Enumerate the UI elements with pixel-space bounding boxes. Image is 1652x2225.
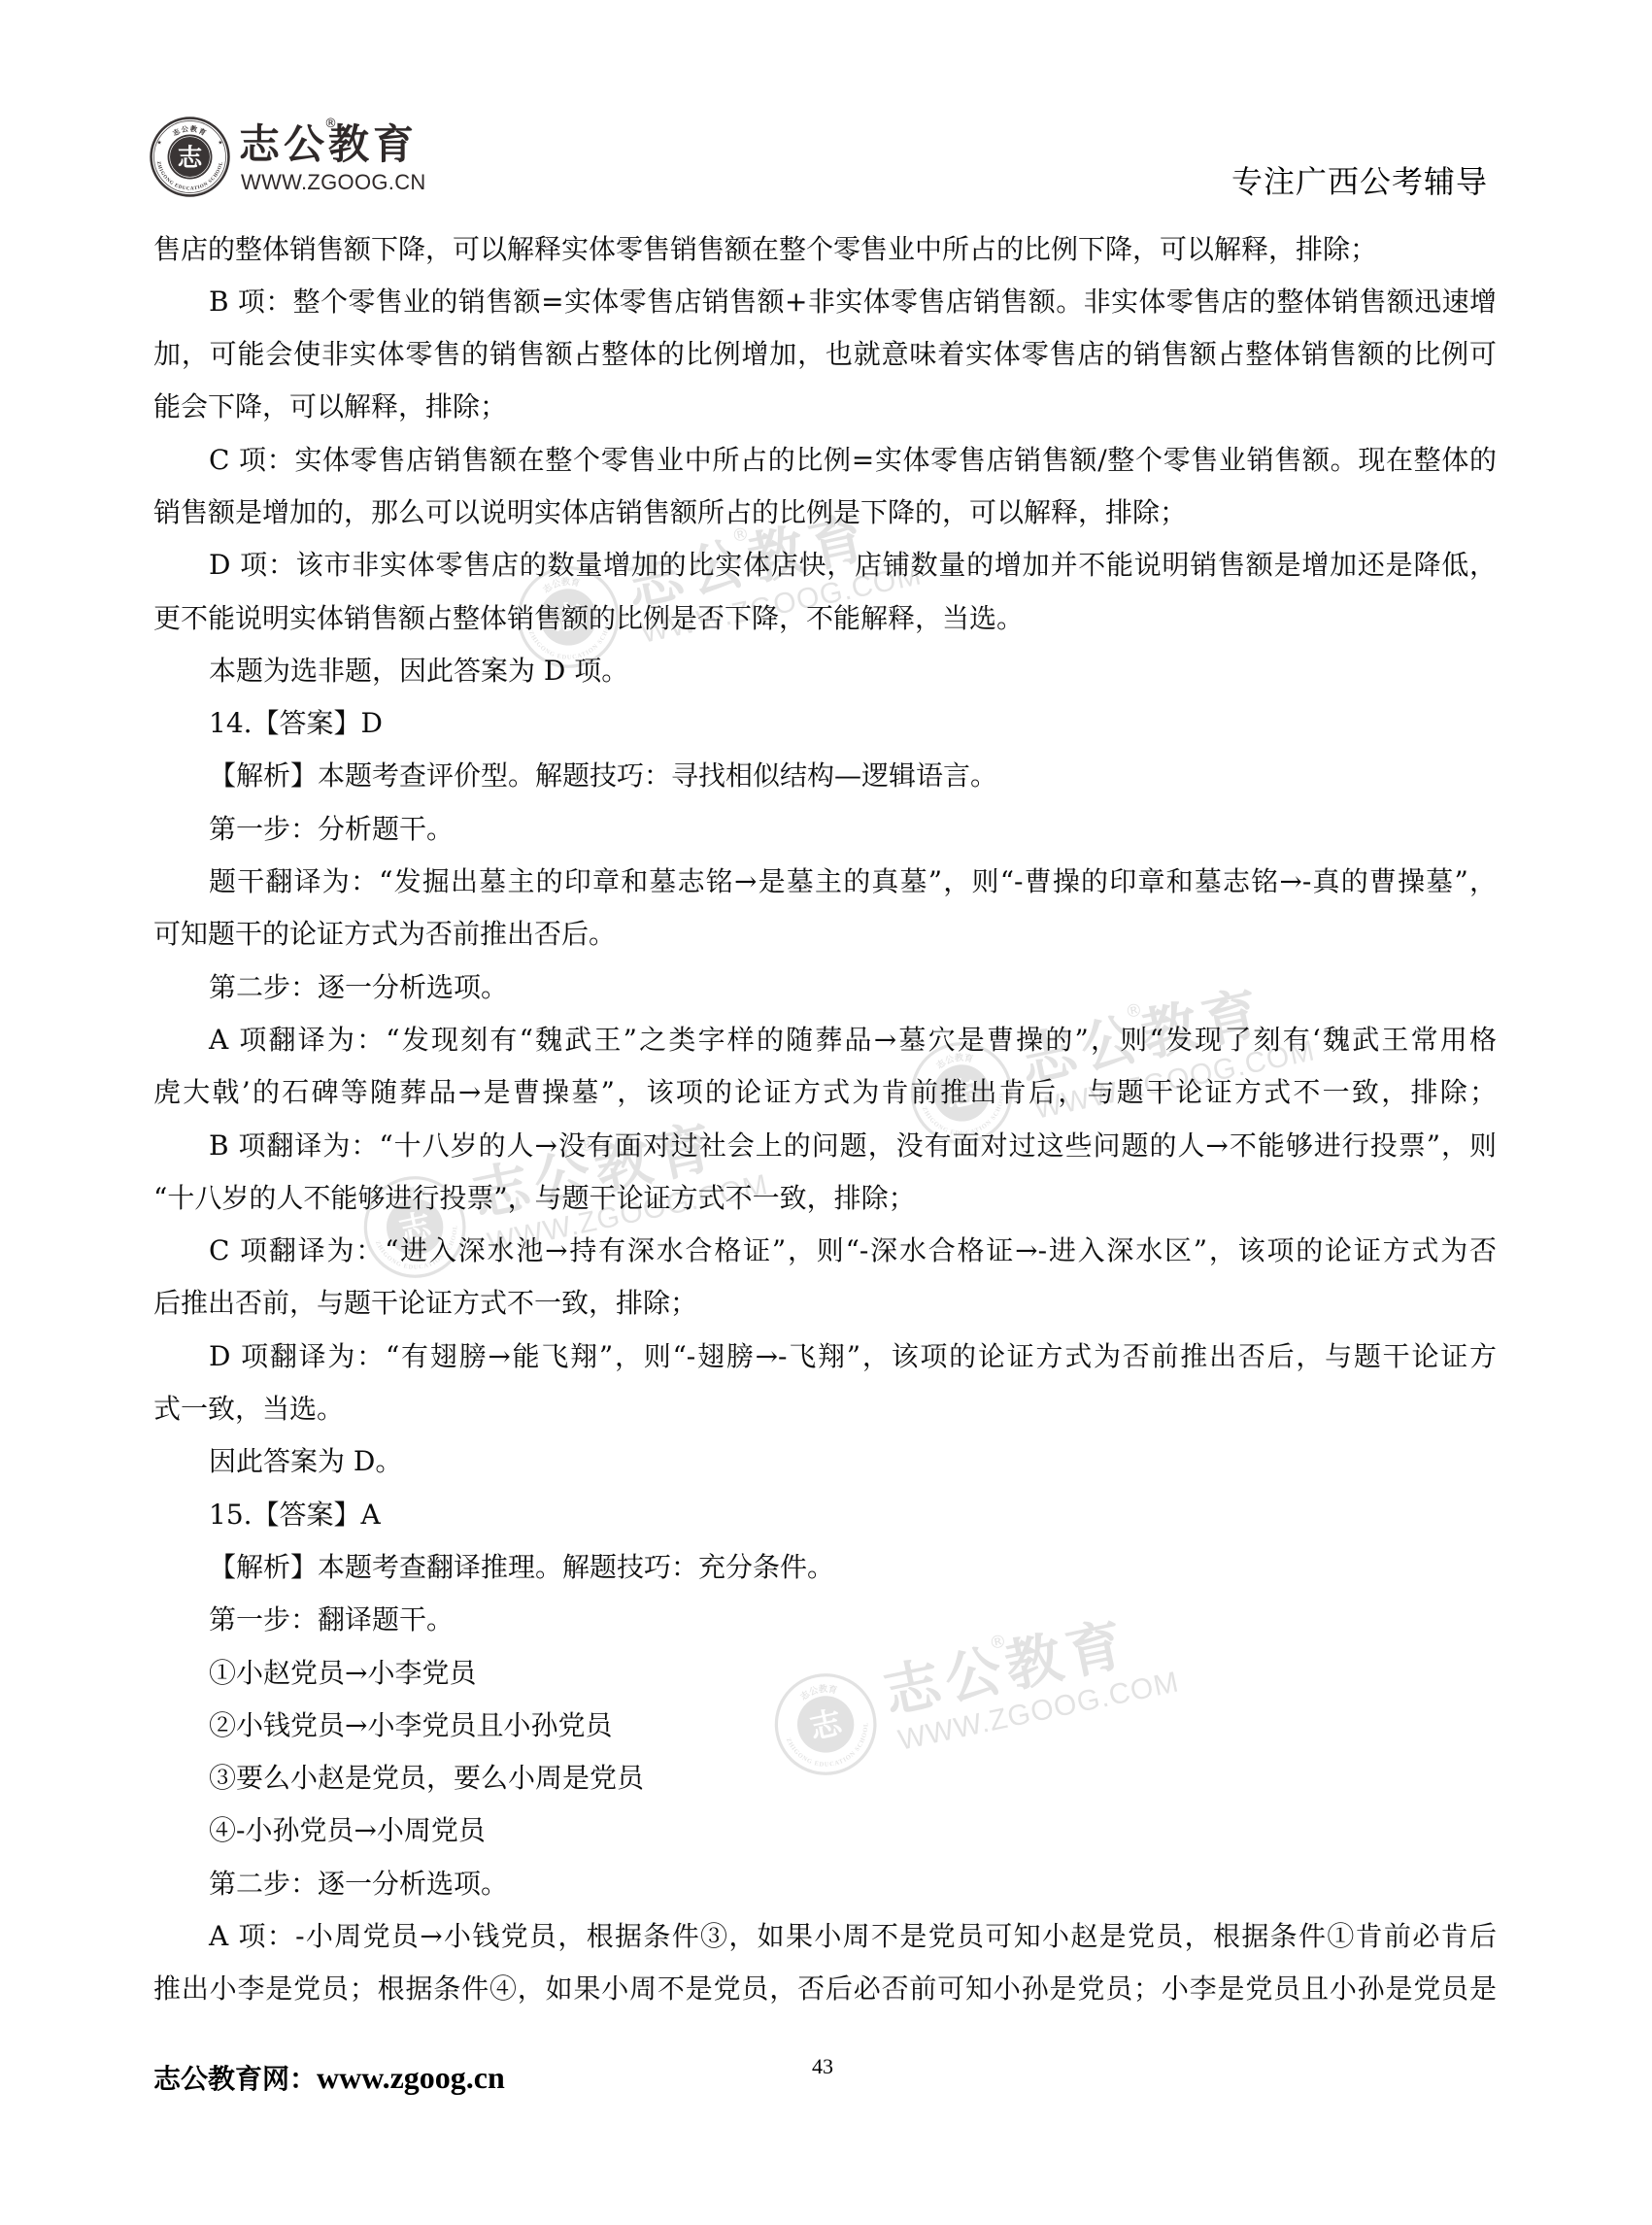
text-line: ②小钱党员→小李党员且小孙党员: [153, 1700, 1497, 1752]
star-icon: ★: [218, 140, 222, 147]
text-line: ①小赵党员→小李党员: [153, 1647, 1497, 1700]
footer-website: 志公教育网：www.zgoog.cn: [153, 2057, 505, 2105]
text-line: 加，可能会使非实体零售的销售额占整体的比例增加，也就意味着实体零售店的销售额占整…: [153, 328, 1497, 381]
paragraph-option-d-translation: D 项翻译为：“有翅膀→能飞翔”，则“-翅膀→-飞翔”，该项的论证方式为否前推出…: [153, 1331, 1497, 1436]
answer-heading-14: 14.【答案】D: [153, 697, 1497, 750]
footer-site-label: 志公教育网：: [153, 2063, 317, 2095]
paragraph-continuation: 售店的整体销售额下降，可以解释实体零售销售额在整个零售业中所占的比例下降，可以解…: [153, 223, 1497, 276]
paragraph-conclusion: 本题为选非题，因此答案为 D 项。: [153, 645, 1497, 697]
text-line: 销售额是增加的，那么可以说明实体店销售额所占的比例是下降的，可以解释，排除；: [153, 487, 1497, 539]
condition-2: ②小钱党员→小李党员且小孙党员: [153, 1700, 1497, 1752]
text-line: 【解析】本题考查评价型。解题技巧：寻找相似结构—逻辑语言。: [153, 750, 1497, 802]
text-line: 更不能说明实体销售额占整体销售额的比例是否下降，不能解释，当选。: [153, 592, 1497, 645]
paragraph-stem-translation: 题干翻译为：“发掘出墓主的印章和墓志铭→是墓主的真墓”，则“-曹操的印章和墓志铭…: [153, 856, 1497, 961]
analysis-heading-15: 【解析】本题考查翻译推理。解题技巧：充分条件。: [153, 1541, 1497, 1594]
text-line: 后推出否前，与题干论证方式不一致，排除；: [153, 1277, 1497, 1330]
text-line: 虎大戟’的石碑等随葬品→是曹操墓”，该项的论证方式为肯前推出肯后，与题干论证方式…: [153, 1066, 1497, 1119]
text-line: A 项：-小周党员→小钱党员，根据条件③，如果小周不是党员可知小赵是党员，根据条…: [153, 1910, 1497, 1963]
paragraph-option-d: D 项：该市非实体零售店的数量增加的比实体店快，店铺数量的增加并不能说明销售额是…: [153, 539, 1497, 645]
text-line: 第二步：逐一分析选项。: [153, 961, 1497, 1014]
step-one-heading: 第一步：翻译题干。: [153, 1594, 1497, 1646]
paragraph-option-a-analysis: A 项：-小周党员→小钱党员，根据条件③，如果小周不是党员可知小赵是党员，根据条…: [153, 1910, 1497, 2016]
page-number: 43: [812, 2053, 833, 2080]
document-body: 售店的整体销售额下降，可以解释实体零售销售额在整个零售业中所占的比例下降，可以解…: [153, 223, 1497, 2016]
text-line: 售店的整体销售额下降，可以解释实体零售销售额在整个零售业中所占的比例下降，可以解…: [153, 223, 1497, 276]
text-line: 第二步：逐一分析选项。: [153, 1858, 1497, 1910]
header-tagline: 专注广西公考辅导: [1231, 162, 1488, 201]
condition-4: ④-小孙党员→小周党员: [153, 1804, 1497, 1857]
text-line: D 项翻译为：“有翅膀→能飞翔”，则“-翅膀→-飞翔”，该项的论证方式为否前推出…: [153, 1331, 1497, 1383]
text-line: 【解析】本题考查翻译推理。解题技巧：充分条件。: [153, 1541, 1497, 1594]
text-line: B 项翻译为：“十八岁的人→没有面对过社会上的问题，没有面对过这些问题的人→不能…: [153, 1120, 1497, 1172]
document-page: 志 志公教育 ZHIGONG EDUCATION SCHOOL ★ ★ 志公教育…: [0, 0, 1652, 2225]
condition-3: ③要么小赵是党员，要么小周是党员: [153, 1752, 1497, 1804]
text-line: C 项翻译为：“进入深水池→持有深水合格证”，则“-深水合格证→-进入深水区”，…: [153, 1225, 1497, 1277]
text-line: A 项翻译为：“发现刻有“魏武王”之类字样的随葬品→墓穴是曹操的”，则“发现了刻…: [153, 1014, 1497, 1066]
text-line: 能会下降，可以解释，排除；: [153, 381, 1497, 433]
text-line: 因此答案为 D。: [153, 1435, 1497, 1488]
paragraph-conclusion-14: 因此答案为 D。: [153, 1435, 1497, 1488]
seal-center-char: 志: [178, 144, 203, 173]
text-line: 14.【答案】D: [153, 697, 1497, 750]
text-line: 题干翻译为：“发掘出墓主的印章和墓志铭→是墓主的真墓”，则“-曹操的印章和墓志铭…: [153, 856, 1497, 908]
text-line: D 项：该市非实体零售店的数量增加的比实体店快，店铺数量的增加并不能说明销售额是…: [153, 539, 1497, 591]
text-line: ④-小孙党员→小周党员: [153, 1804, 1497, 1857]
text-line: 第一步：翻译题干。: [153, 1594, 1497, 1646]
text-line: 15.【答案】A: [153, 1489, 1497, 1541]
text-line: C 项：实体零售店销售额在整个零售业中所占的比例=实体零售店销售额/整个零售业销…: [153, 434, 1497, 487]
analysis-heading-14: 【解析】本题考查评价型。解题技巧：寻找相似结构—逻辑语言。: [153, 750, 1497, 802]
paragraph-option-a-translation: A 项翻译为：“发现刻有“魏武王”之类字样的随葬品→墓穴是曹操的”，则“发现了刻…: [153, 1014, 1497, 1120]
registered-mark: ®: [324, 118, 337, 131]
text-line: 推出小李是党员；根据条件④，如果小周不是党员，否后必否前可知小孙是党员；小李是党…: [153, 1963, 1497, 2015]
text-line: 可知题干的论证方式为否前推出否后。: [153, 908, 1497, 961]
text-line: 式一致，当选。: [153, 1383, 1497, 1435]
brand-url: WWW.ZGOOG.CN: [241, 172, 426, 193]
paragraph-option-b: B 项：整个零售业的销售额=实体零售店销售额+非实体零售店销售额。非实体零售店的…: [153, 276, 1497, 434]
footer-site-url: www.zgoog.cn: [317, 2060, 505, 2095]
text-line: 本题为选非题，因此答案为 D 项。: [153, 645, 1497, 697]
condition-1: ①小赵党员→小李党员: [153, 1647, 1497, 1700]
step-two-heading: 第二步：逐一分析选项。: [153, 961, 1497, 1014]
text-line: ③要么小赵是党员，要么小周是党员: [153, 1752, 1497, 1804]
text-line: “十八岁的人不能够进行投票”，与题干论证方式不一致，排除；: [153, 1172, 1497, 1225]
text-line: B 项：整个零售业的销售额=实体零售店销售额+非实体零售店销售额。非实体零售店的…: [153, 276, 1497, 328]
answer-heading-15: 15.【答案】A: [153, 1489, 1497, 1541]
paragraph-option-c: C 项：实体零售店销售额在整个零售业中所占的比例=实体零售店销售额/整个零售业销…: [153, 434, 1497, 540]
star-icon: ★: [156, 140, 161, 147]
step-one-heading: 第一步：分析题干。: [153, 803, 1497, 856]
step-two-heading: 第二步：逐一分析选项。: [153, 1858, 1497, 1910]
seal-logo-icon: 志 志公教育 ZHIGONG EDUCATION SCHOOL ★ ★: [149, 116, 231, 198]
paragraph-option-c-translation: C 项翻译为：“进入深水池→持有深水合格证”，则“-深水合格证→-进入深水区”，…: [153, 1225, 1497, 1331]
text-line: 第一步：分析题干。: [153, 803, 1497, 856]
paragraph-option-b-translation: B 项翻译为：“十八岁的人→没有面对过社会上的问题，没有面对过这些问题的人→不能…: [153, 1120, 1497, 1226]
